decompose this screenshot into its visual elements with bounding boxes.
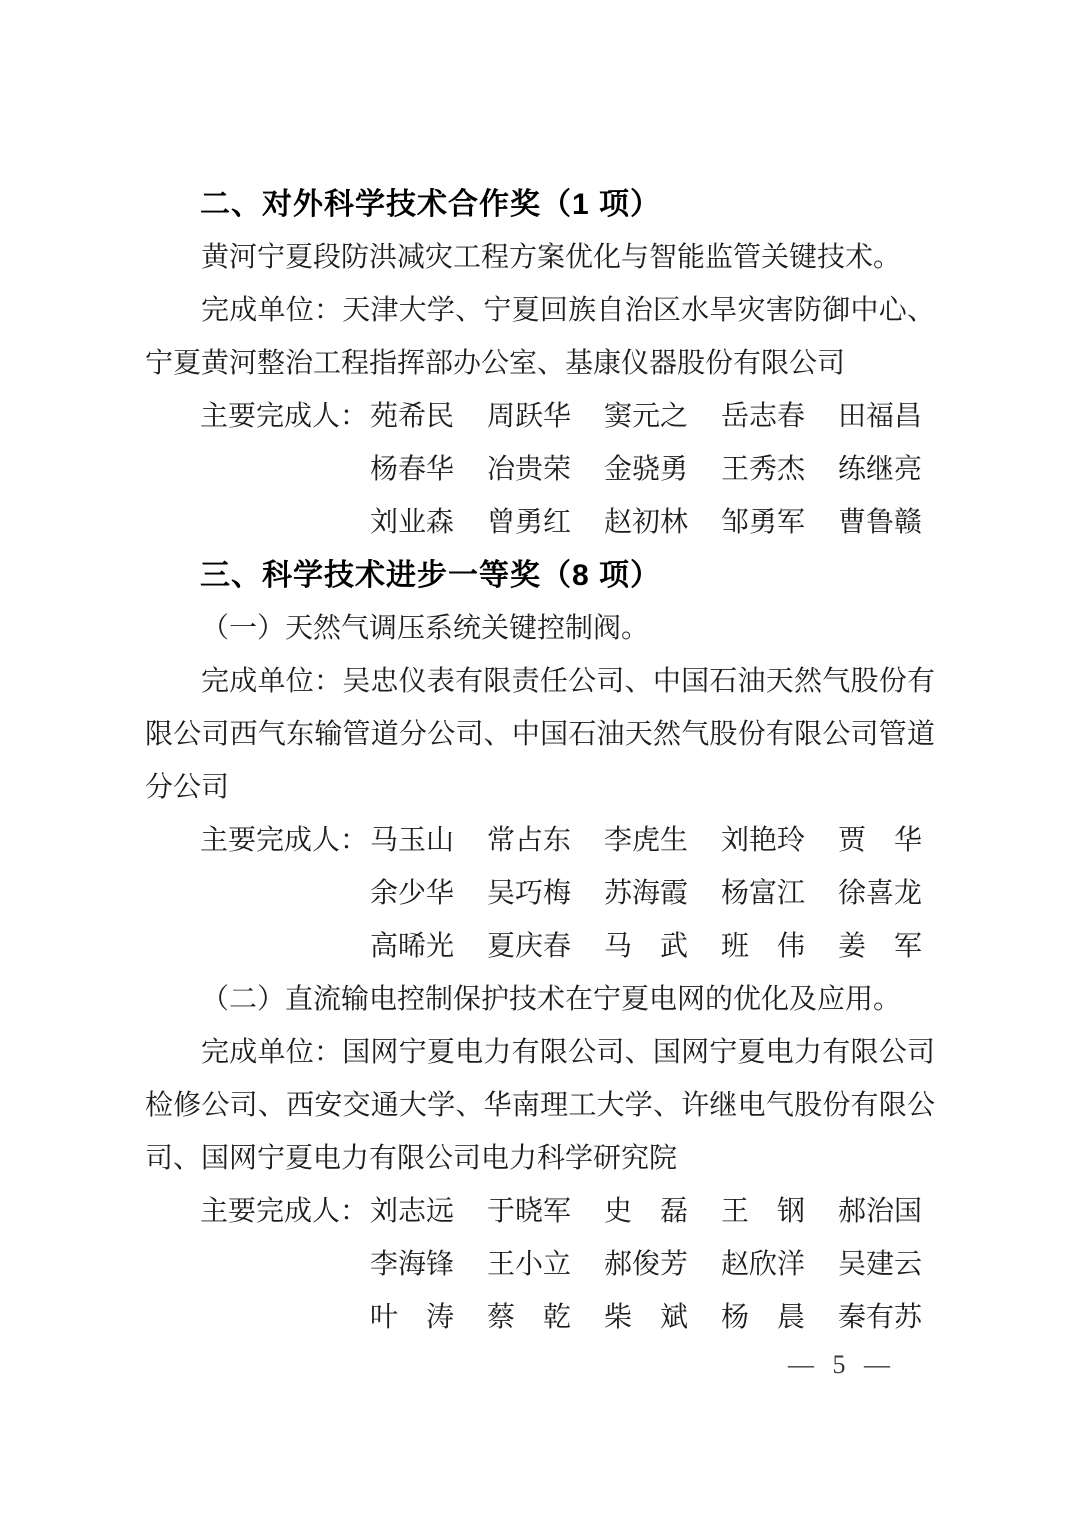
person-name: 贾 华 <box>838 814 922 867</box>
person-name: 杨富江 <box>721 867 805 920</box>
section-heading-progress-first-prize: 三、科学技术进步一等奖（8 项） <box>145 549 935 602</box>
person-name: 高晞光 <box>370 920 454 973</box>
people-row: 刘志远 于晓军 史 磊 王 钢 郝治国 <box>370 1185 935 1238</box>
people-label: 主要完成人： <box>200 1185 368 1238</box>
person-name: 李海锋 <box>370 1238 454 1291</box>
completing-units: 完成单位：天津大学、宁夏回族自治区水旱灾害防御中心、宁夏黄河整治工程指挥部办公室… <box>145 284 935 390</box>
person-name: 郝治国 <box>838 1185 922 1238</box>
person-name: 周跃华 <box>487 390 571 443</box>
completing-units: 完成单位：国网宁夏电力有限公司、国网宁夏电力有限公司检修公司、西安交通大学、华南… <box>145 1026 935 1185</box>
person-name: 练继亮 <box>838 443 922 496</box>
people-row: 叶 涛 蔡 乾 柴 斌 杨 晨 秦有苏 <box>370 1291 935 1344</box>
people-label: 主要完成人： <box>200 814 368 867</box>
person-name: 蔡 乾 <box>487 1291 571 1344</box>
person-name: 王小立 <box>487 1238 571 1291</box>
person-name: 杨 晨 <box>721 1291 805 1344</box>
person-name: 金骁勇 <box>604 443 688 496</box>
person-name: 王秀杰 <box>721 443 805 496</box>
person-name: 刘志远 <box>370 1185 454 1238</box>
person-name: 姜 军 <box>838 920 922 973</box>
people-block: 主要完成人： 苑希民 周跃华 窦元之 岳志春 田福昌 杨春华 冶贵荣 金骁勇 王… <box>145 390 935 549</box>
person-name: 赵欣洋 <box>721 1238 805 1291</box>
person-name: 窦元之 <box>604 390 688 443</box>
people-block: 主要完成人： 刘志远 于晓军 史 磊 王 钢 郝治国 李海锋 王小立 郝俊芳 赵… <box>145 1185 935 1344</box>
people-row: 杨春华 冶贵荣 金骁勇 王秀杰 练继亮 <box>370 443 935 496</box>
person-name: 李虎生 <box>604 814 688 867</box>
person-name: 田福昌 <box>838 390 922 443</box>
person-name: 赵初林 <box>604 496 688 549</box>
completing-units: 完成单位：吴忠仪表有限责任公司、中国石油天然气股份有限公司西气东输管道分公司、中… <box>145 655 935 814</box>
person-name: 杨春华 <box>370 443 454 496</box>
person-name: 马玉山 <box>370 814 454 867</box>
document-content: 二、对外科学技术合作奖（1 项） 黄河宁夏段防洪减灾工程方案优化与智能监管关键技… <box>145 178 935 1344</box>
person-name: 曾勇红 <box>487 496 571 549</box>
person-name: 刘业森 <box>370 496 454 549</box>
person-name: 吴巧梅 <box>487 867 571 920</box>
person-name: 夏庆春 <box>487 920 571 973</box>
document-page: 二、对外科学技术合作奖（1 项） 黄河宁夏段防洪减灾工程方案优化与智能监管关键技… <box>0 0 1080 1527</box>
person-name: 柴 斌 <box>604 1291 688 1344</box>
people-row: 高晞光 夏庆春 马 武 班 伟 姜 军 <box>370 920 935 973</box>
person-name: 刘艳玲 <box>721 814 805 867</box>
people-row: 李海锋 王小立 郝俊芳 赵欣洋 吴建云 <box>370 1238 935 1291</box>
page-number: — 5 — <box>788 1350 890 1380</box>
person-name: 徐喜龙 <box>838 867 922 920</box>
person-name: 于晓军 <box>487 1185 571 1238</box>
person-name: 常占东 <box>487 814 571 867</box>
people-label: 主要完成人： <box>200 390 368 443</box>
person-name: 秦有苏 <box>838 1291 922 1344</box>
person-name: 苑希民 <box>370 390 454 443</box>
person-name: 曹鲁赣 <box>838 496 922 549</box>
person-name: 余少华 <box>370 867 454 920</box>
person-name: 吴建云 <box>838 1238 922 1291</box>
person-name: 邹勇军 <box>721 496 805 549</box>
project-title: （二）直流输电控制保护技术在宁夏电网的优化及应用。 <box>145 973 935 1026</box>
person-name: 岳志春 <box>721 390 805 443</box>
people-row: 马玉山 常占东 李虎生 刘艳玲 贾 华 <box>370 814 935 867</box>
project-title: （一）天然气调压系统关键控制阀。 <box>145 602 935 655</box>
person-name: 史 磊 <box>604 1185 688 1238</box>
people-row: 苑希民 周跃华 窦元之 岳志春 田福昌 <box>370 390 935 443</box>
people-row: 刘业森 曾勇红 赵初林 邹勇军 曹鲁赣 <box>370 496 935 549</box>
project-title: 黄河宁夏段防洪减灾工程方案优化与智能监管关键技术。 <box>145 231 935 284</box>
people-block: 主要完成人： 马玉山 常占东 李虎生 刘艳玲 贾 华 余少华 吴巧梅 苏海霞 杨… <box>145 814 935 973</box>
person-name: 郝俊芳 <box>604 1238 688 1291</box>
people-row: 余少华 吴巧梅 苏海霞 杨富江 徐喜龙 <box>370 867 935 920</box>
person-name: 班 伟 <box>721 920 805 973</box>
person-name: 苏海霞 <box>604 867 688 920</box>
person-name: 马 武 <box>604 920 688 973</box>
section-heading-cooperation-award: 二、对外科学技术合作奖（1 项） <box>145 178 935 231</box>
person-name: 王 钢 <box>721 1185 805 1238</box>
person-name: 叶 涛 <box>370 1291 454 1344</box>
person-name: 冶贵荣 <box>487 443 571 496</box>
